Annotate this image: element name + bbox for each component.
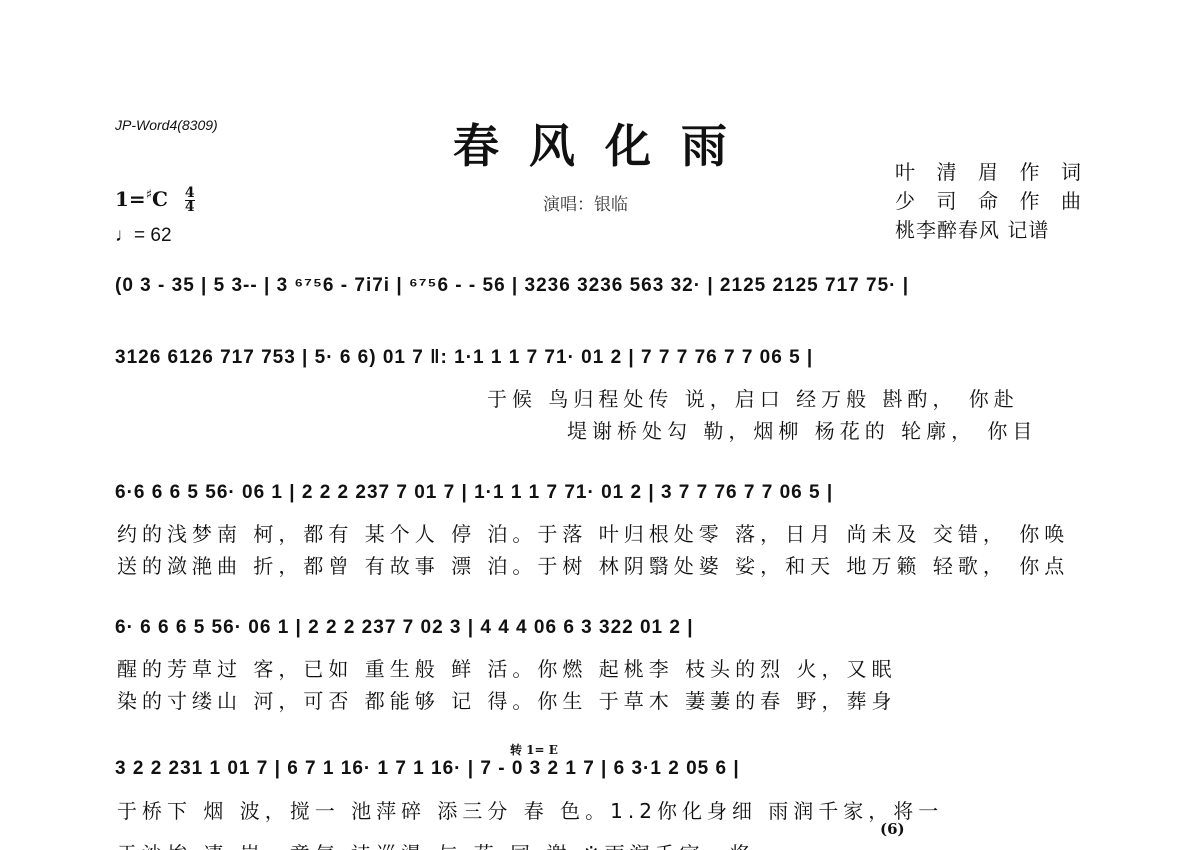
lyrics-verse-2: 于沙埃 凄 岸，意气 诗巡漫 与 花 同 谢 ※雨润千家，将	[117, 838, 755, 850]
tempo-marking: ♩= 62	[115, 225, 172, 247]
software-label: JP-Word4(8309)	[115, 117, 218, 133]
key-prefix: 1=	[115, 187, 146, 211]
time-signature: 4 4	[185, 187, 195, 214]
score-row-4: 6· 6 6 6 5 56· 06 1 | 2 2 2 237 7 02 3 |…	[115, 617, 694, 639]
song-title: 春风化雨	[453, 110, 757, 176]
notes: 3 2 2 231 1 01 7 | 6 7 1 16· 1 7 1 16· |…	[115, 758, 740, 779]
score-row-1: (0 3 - 35 | 5 3-- | 3 ⁶⁷⁵6 - 7i7i | ⁶⁷⁵6…	[115, 275, 909, 297]
footnote-marker: (6)	[880, 820, 905, 838]
key-signature: 1=♯C 4 4	[115, 187, 195, 214]
lyrics-verse-1: 于桥下 烟 波，搅一 池萍碎 添三分 春 色。1.2你化身细 雨润千家，将一	[117, 795, 943, 824]
notes: 3126 6126 717 753 | 5· 6 6) 01 7 ‖: 1·1 …	[115, 347, 813, 368]
credits: 叶清眉作词 少司命作曲 桃李醉春风 记谱	[895, 158, 1083, 245]
singer-label: 演唱：银临	[543, 190, 628, 215]
transcriber-credit: 桃李醉春风 记谱	[895, 216, 1083, 245]
lyricist-credit: 叶清眉作词	[895, 158, 1083, 187]
time-bottom: 4	[185, 201, 195, 214]
quarter-note-icon: ♩	[115, 225, 134, 246]
score-row-5: 3 2 2 231 1 01 7 | 6 7 1 16· 1 7 1 16· |…	[115, 758, 740, 780]
key-note: C	[152, 187, 168, 211]
lyrics-verse-1: 约的浅梦南 柯，都有 某个人 停 泊。于落 叶归根处零 落，日月 尚未及 交错，…	[117, 518, 1069, 547]
score-row-2: 3126 6126 717 753 | 5· 6 6) 01 7 ‖: 1·1 …	[115, 347, 813, 369]
notes: 6·6 6 6 5 56· 06 1 | 2 2 2 237 7 01 7 | …	[115, 482, 833, 503]
notes: (0 3 - 35 | 5 3-- | 3 ⁶⁷⁵6 - 7i7i | ⁶⁷⁵6…	[115, 275, 909, 296]
score-row-3: 6·6 6 6 5 56· 06 1 | 2 2 2 237 7 01 7 | …	[115, 482, 833, 504]
tempo-value: = 62	[134, 225, 172, 246]
lyrics-verse-1: 醒的芳草过 客，已如 重生般 鲜 活。你燃 起桃李 枝头的烈 火，又眠	[117, 653, 897, 682]
notes: 6· 6 6 6 5 56· 06 1 | 2 2 2 237 7 02 3 |…	[115, 617, 694, 638]
modulation-mark: 转 1= E	[510, 741, 558, 758]
lyrics-verse-2: 送的潋滟曲 折，都曾 有故事 漂 泊。于树 林阴翳处婆 娑，和天 地万籁 轻歌，…	[117, 550, 1069, 579]
lyrics-verse-2: 堤谢桥处勾 勒，烟柳 杨花的 轮廓， 你目	[567, 415, 1037, 444]
lyrics-verse-2: 染的寸缕山 河，可否 都能够 记 得。你生 于草木 萋萋的春 野，葬身	[117, 685, 897, 714]
lyrics-verse-1: 于候 鸟归程处传 说，启口 经万般 斟酌， 你赴	[487, 383, 1019, 412]
composer-credit: 少司命作曲	[895, 187, 1083, 216]
